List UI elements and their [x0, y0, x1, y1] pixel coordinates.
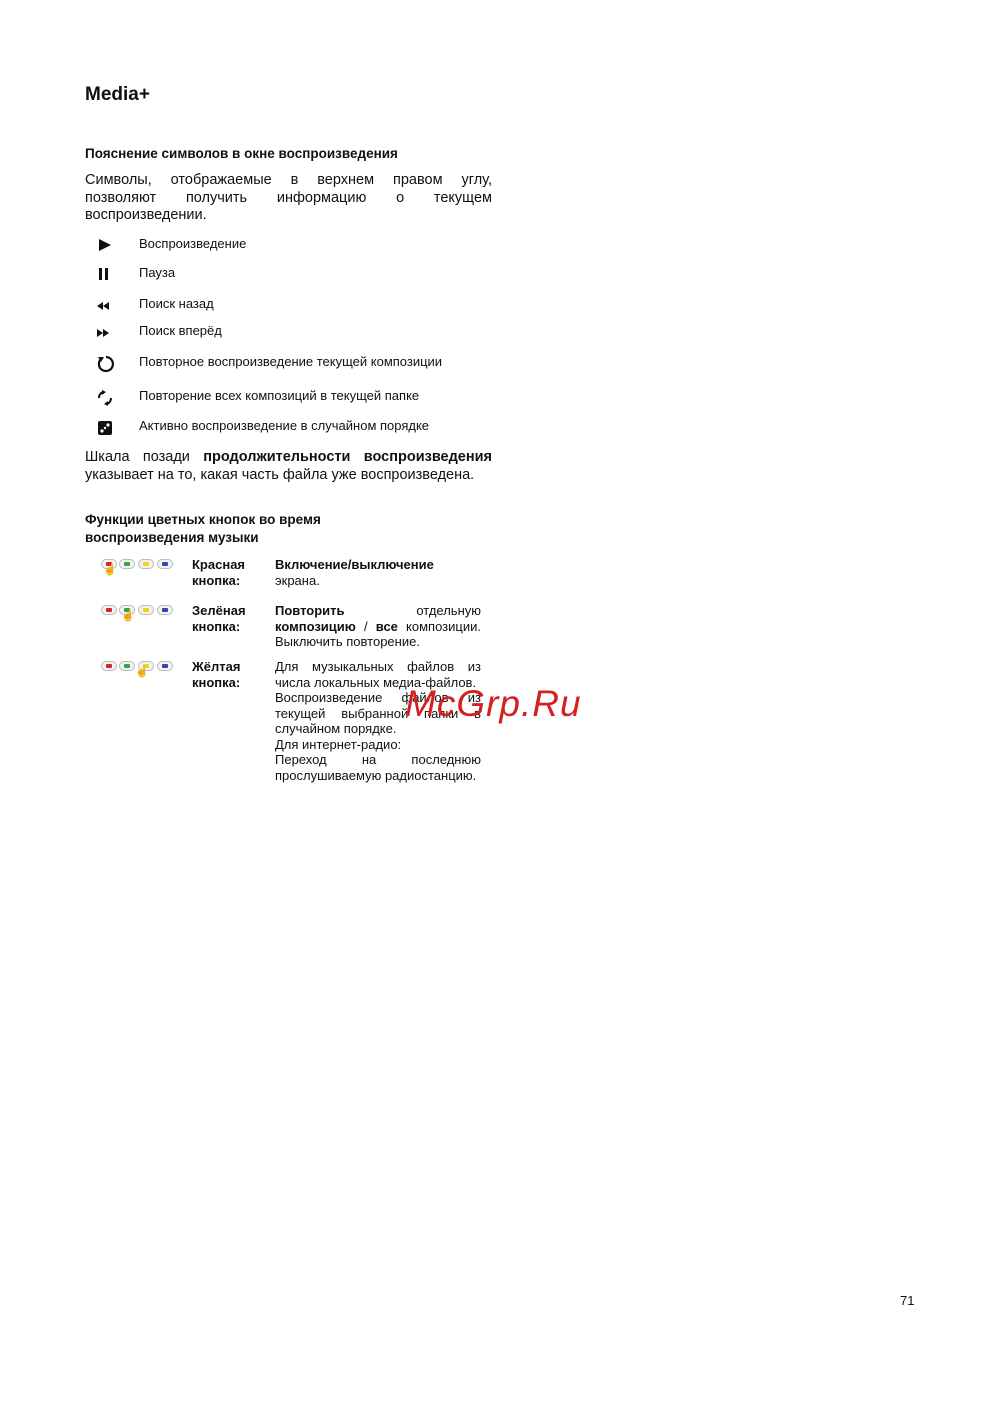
page-number: 71 [900, 1293, 914, 1308]
pointing-hand-icon: ☝ [103, 563, 117, 576]
color-buttons-illustration: ☝ [97, 603, 172, 627]
symbols-intro: Символы, отображаемые в верхнем правом у… [85, 172, 492, 225]
note-text: указывает на то, какая часть файла уже в… [85, 467, 474, 483]
pause-icon [95, 265, 115, 285]
symbol-label: Повторение всех композиций в текущей пап… [139, 388, 419, 404]
symbol-label: Повторное воспроизведение текущей композ… [139, 354, 442, 370]
color-buttons-illustration: ☝ [97, 557, 172, 581]
symbol-label: Поиск назад [139, 296, 214, 312]
button-name: Краснаякнопка: [192, 557, 272, 589]
button-name: Жёлтаякнопка: [192, 659, 272, 691]
pointing-hand-icon: ☝ [135, 665, 149, 678]
repeat-all-icon [95, 388, 115, 408]
note-bold-text: продолжительности воспроизведения [203, 449, 492, 465]
symbol-label: Воспроизведение [139, 236, 246, 252]
progress-bar-note: Шкала позади продолжительности воспроизв… [85, 449, 492, 484]
symbol-label: Пауза [139, 265, 175, 281]
color-buttons-illustration: ☝ [97, 659, 172, 683]
repeat-one-icon [95, 354, 115, 374]
shuffle-dice-icon [95, 418, 115, 438]
note-text: Шкала позади [85, 449, 203, 465]
symbols-section-title: Пояснение символов в окне воспроизведени… [85, 145, 398, 163]
symbol-label: Активно воспроизведение в случайном поря… [139, 418, 429, 434]
blue-button-icon [157, 661, 173, 671]
play-icon [95, 236, 115, 256]
buttons-section-title: Функции цветных кнопок во время воспроиз… [85, 511, 385, 547]
pointing-hand-icon: ☝ [121, 609, 135, 622]
fast-forward-icon [95, 323, 115, 343]
yellow-button-icon [138, 605, 154, 615]
blue-button-icon [157, 559, 173, 569]
red-button-icon [101, 661, 117, 671]
symbol-label: Поиск вперёд [139, 323, 222, 339]
button-description: Повторить отдельную композицию / все ком… [275, 603, 481, 650]
blue-button-icon [157, 605, 173, 615]
rewind-icon [95, 296, 115, 316]
yellow-button-icon [138, 559, 154, 569]
button-description: Включение/выключение экрана. [275, 557, 481, 588]
green-button-icon [119, 661, 135, 671]
red-button-icon [101, 605, 117, 615]
button-name: Зелёнаякнопка: [192, 603, 272, 635]
page-title: Media+ [85, 84, 150, 106]
green-button-icon [119, 559, 135, 569]
watermark: McGrp.Ru [405, 683, 582, 725]
